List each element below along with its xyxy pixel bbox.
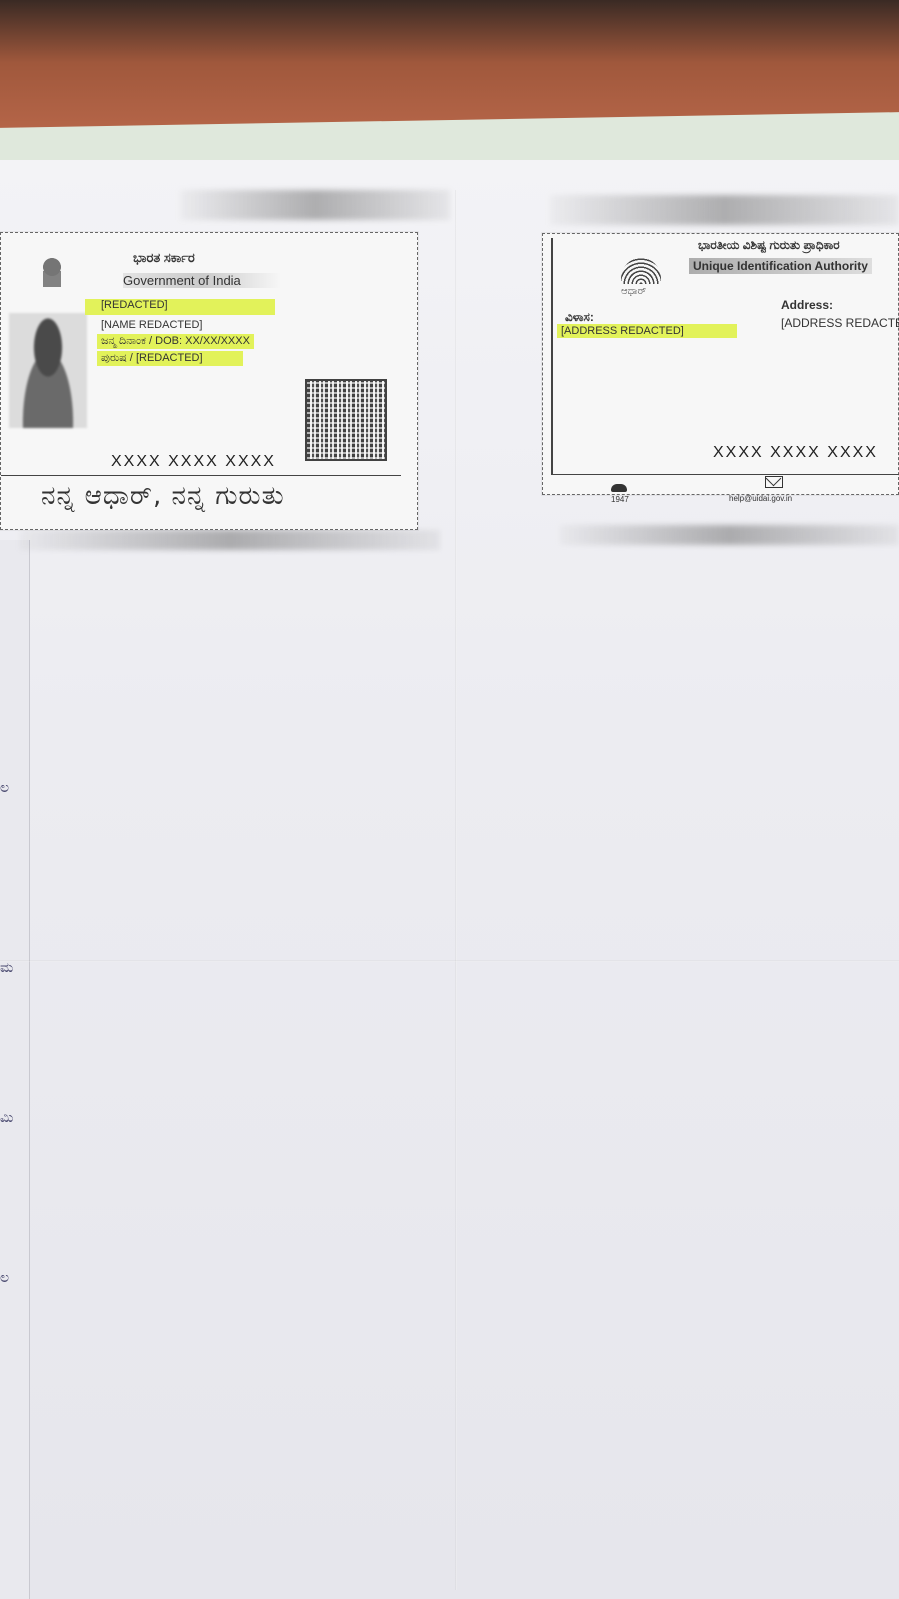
handwriting-mark: ಮ (0, 960, 13, 976)
id-number: XXXX XXXX XXXX (111, 453, 276, 471)
fingerprint-logo-icon (621, 258, 661, 284)
handwriting-mark: ಮಿ (0, 1110, 13, 1126)
name-english: [NAME REDACTED] (101, 319, 202, 331)
copy-smudge (550, 195, 899, 225)
address-kannada-line-1: [ADDRESS REDACTED] (557, 324, 737, 338)
gender-row: ಪುರುಷ / [REDACTED] (97, 351, 243, 366)
phone-icon (611, 484, 627, 492)
address-english-line-1: [ADDRESS REDACTED] (781, 316, 899, 330)
copy-smudge (560, 525, 899, 545)
divider (1, 475, 401, 476)
gender-value: [REDACTED] (136, 352, 203, 364)
horizontal-fold-line (0, 960, 899, 962)
name-kannada: [REDACTED] (85, 299, 275, 315)
dob-value: XX/XX/XXXX (185, 335, 250, 347)
handwriting-mark: ಲ (0, 1270, 9, 1286)
national-emblem-icon (43, 255, 61, 295)
address-label-kannada: ವಿಳಾಸ: (565, 310, 594, 325)
copy-smudge (20, 530, 440, 550)
card-border (551, 238, 553, 474)
dob-label: ಜನ್ಮ ದಿನಾಂಕ / DOB: (101, 335, 182, 347)
vertical-fold-line (455, 190, 457, 1590)
dob-row: ಜನ್ಮ ದಿನಾಂಕ / DOB: XX/XX/XXXX (97, 334, 254, 349)
help-email: help@uidai.gov.in (729, 494, 792, 503)
id-number: XXXX XXXX XXXX (713, 444, 878, 462)
id-card-front: ಭಾರತ ಸರ್ಕಾರ Government of India [REDACTE… (0, 232, 418, 530)
id-card-back: ಆಧಾರ್ ಭಾರತೀಯ ವಿಶಿಷ್ಟ ಗುರುತು ಪ್ರಾಧಿಕಾರ Un… (542, 233, 899, 495)
holder-photo (9, 313, 87, 428)
copy-smudge (180, 190, 450, 220)
address-label-english: Address: (781, 298, 833, 312)
slogan: ನನ್ನ ಆಧಾರ್, ನನ್ನ ಗುರುತು (41, 481, 285, 512)
issuer-kannada: ಭಾರತೀಯ ವಿಶಿಷ್ಟ ಗುರುತು ಪ್ರಾಧಿಕಾರ (698, 238, 840, 253)
issuer-english: Government of India (123, 273, 281, 288)
divider (551, 474, 899, 475)
issuer-english: Unique Identification Authority (689, 258, 872, 274)
underlying-page-edge (0, 540, 30, 1599)
handwriting-mark: ಲ (0, 780, 9, 796)
issuer-kannada: ಭಾರತ ಸರ್ಕಾರ (133, 250, 195, 266)
helpline-number: 1947 (611, 495, 629, 504)
mail-icon (765, 476, 783, 488)
logo-caption: ಆಧಾರ್ (621, 286, 646, 297)
gender-label: ಪುರುಷ / (101, 352, 133, 364)
qr-code (307, 381, 385, 459)
